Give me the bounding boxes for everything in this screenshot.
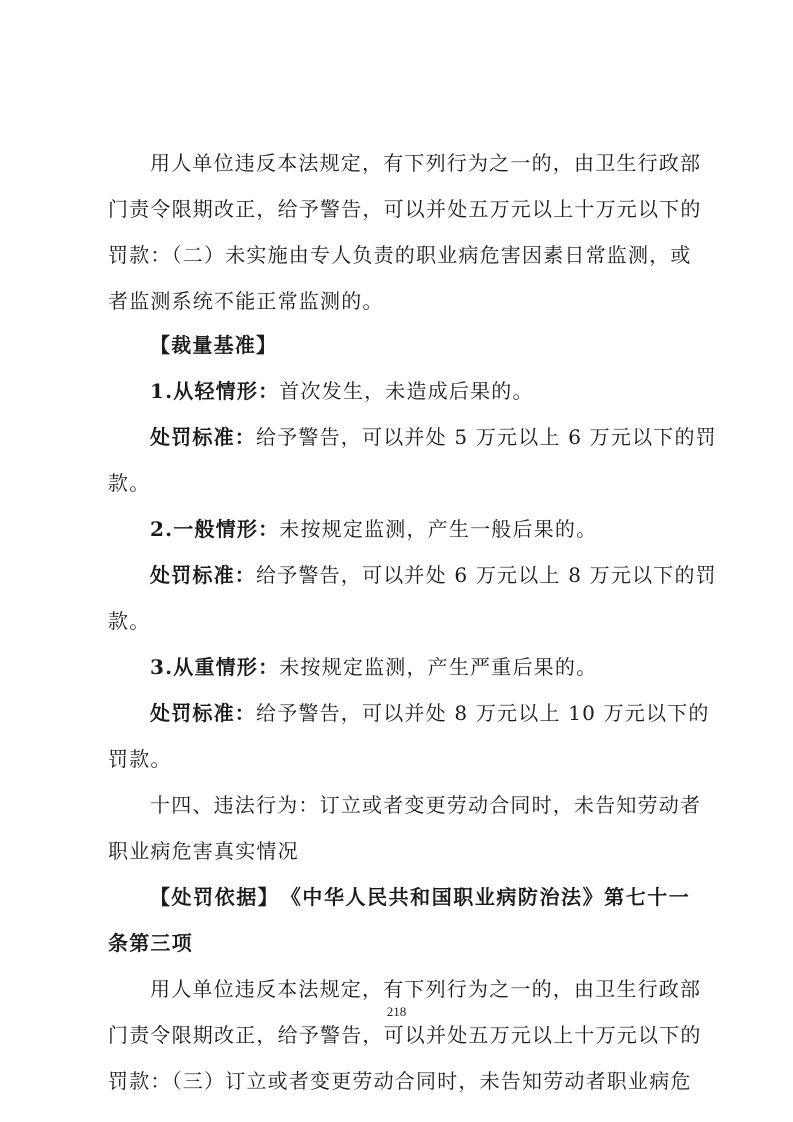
- page-number: 218: [0, 1004, 793, 1020]
- case-label: 1.从轻情形：: [150, 379, 279, 403]
- paragraph-line: 罚款：（三）订立或者变更劳动合同时，未告知劳动者职业病危: [108, 1058, 690, 1104]
- paragraph-line: 用人单位违反本法规定，有下列行为之一的，由卫生行政部: [150, 140, 690, 186]
- case-text: 未按规定监测，产生严重后果的。: [279, 655, 597, 679]
- penalty-line: 处罚标准：给予警告，可以并处 8 万元以上 10 万元以下的: [150, 690, 690, 736]
- penalty-label: 处罚标准：: [150, 425, 256, 449]
- case-text: 未按规定监测，产生一般后果的。: [279, 517, 597, 541]
- paragraph-line: 者监测系统不能正常监测的。: [108, 278, 384, 324]
- penalty-text: 给予警告，可以并处 6 万元以上 8 万元以下的罚: [256, 563, 717, 587]
- case-label: 3.从重情形：: [150, 655, 279, 679]
- paragraph-line: 罚款：（二）未实施由专人负责的职业病危害因素日常监测，或: [108, 232, 690, 278]
- penalty-text: 给予警告，可以并处 8 万元以上 10 万元以下的: [256, 701, 710, 725]
- penalty-line: 处罚标准：给予警告，可以并处 6 万元以上 8 万元以下的罚: [150, 552, 690, 598]
- case-line: 2.一般情形：未按规定监测，产生一般后果的。: [150, 506, 597, 552]
- case-text: 首次发生，未造成后果的。: [279, 379, 533, 403]
- case-line: 3.从重情形：未按规定监测，产生严重后果的。: [150, 644, 597, 690]
- penalty-label: 处罚标准：: [150, 701, 256, 725]
- paragraph-line: 罚款。: [108, 736, 172, 782]
- case-line: 1.从轻情形：首次发生，未造成后果的。: [150, 368, 534, 414]
- item-heading-line: 职业病危害真实情况: [108, 828, 299, 874]
- penalty-label: 处罚标准：: [150, 563, 256, 587]
- paragraph-line: 门责令限期改正，给予警告，可以并处五万元以上十万元以下的: [108, 186, 690, 232]
- section-heading: 【裁量基准】: [150, 322, 277, 368]
- penalty-text: 给予警告，可以并处 5 万元以上 6 万元以下的罚: [256, 425, 717, 449]
- legal-basis-line: 条第三项: [108, 920, 193, 966]
- paragraph-line: 款。: [108, 598, 150, 644]
- item-heading-line: 十四、违法行为：订立或者变更劳动合同时，未告知劳动者: [150, 782, 690, 828]
- penalty-line: 处罚标准：给予警告，可以并处 5 万元以上 6 万元以下的罚: [150, 414, 690, 460]
- case-label: 2.一般情形：: [150, 517, 279, 541]
- legal-basis-line: 【处罚依据】 《中华人民共和国职业病防治法》第七十一: [150, 874, 690, 920]
- paragraph-line: 款。: [108, 460, 150, 506]
